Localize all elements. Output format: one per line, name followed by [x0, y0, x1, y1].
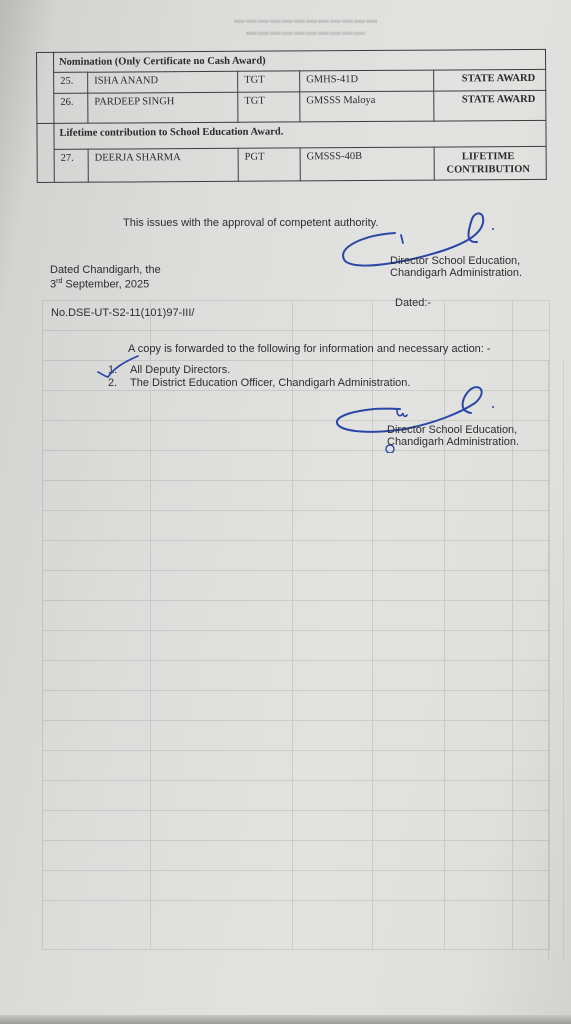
- dated-place: Dated Chandigarh, the: [50, 264, 161, 276]
- award-category: LIFETIME CONTRIBUTION: [434, 146, 546, 180]
- page-edge-shadow: [548, 360, 564, 960]
- blank-cell: [37, 123, 54, 182]
- signatory-office: Chandigarh Administration.: [387, 436, 519, 448]
- section-header-lifetime: Lifetime contribution to School Educatio…: [37, 120, 546, 149]
- signatory-title: Director School Education,: [387, 424, 517, 436]
- recipient-number: 2.: [108, 377, 130, 389]
- serial-number: 27.: [54, 149, 88, 182]
- document-page: ▬▬▬▬▬▬▬▬▬▬▬▬▬▬▬▬▬▬▬▬▬▬ Nomination (Onl: [0, 0, 571, 1024]
- forward-statement: A copy is forwarded to the following for…: [128, 343, 491, 355]
- reference-number: No.DSE-UT-S2-11(101)97-III/: [51, 307, 194, 319]
- dated-date: 3rd September, 2025: [50, 278, 149, 291]
- recipient-item: 2.The District Education Officer, Chandi…: [108, 377, 410, 389]
- serial-number: 26.: [54, 93, 88, 123]
- table-row: 27. DEERJA SHARMA PGT GMSSS-40B LIFETIME…: [37, 146, 546, 182]
- date-month-year: September, 2025: [62, 279, 149, 291]
- approval-statement: This issues with the approval of compete…: [123, 217, 378, 229]
- signatory-title: Director School Education,: [390, 255, 520, 267]
- designation: PGT: [238, 148, 300, 181]
- school: GMSSS Maloya: [300, 91, 434, 122]
- award-category: STATE AWARD: [434, 69, 546, 91]
- award-line-1: LIFETIME: [462, 151, 515, 162]
- reverse-side-table-bleed: [42, 300, 550, 950]
- recipient-number: 1.: [108, 364, 130, 376]
- section-title: Lifetime contribution to School Educatio…: [54, 120, 546, 149]
- teacher-name: PARDEEP SINGH: [88, 92, 238, 123]
- page-bottom-edge: [0, 1015, 571, 1024]
- serial-number: 25.: [54, 72, 88, 93]
- award-category: STATE AWARD: [434, 90, 546, 121]
- reverse-side-bleed-heading: ▬▬▬▬▬▬▬▬▬▬▬▬▬▬▬▬▬▬▬▬▬▬: [160, 14, 450, 38]
- teacher-name: DEERJA SHARMA: [88, 148, 238, 182]
- award-table: Nomination (Only Certificate no Cash Awa…: [36, 49, 547, 183]
- recipient-item: 1.All Deputy Directors.: [108, 364, 230, 376]
- blank-cell: [37, 52, 54, 123]
- school: GMHS-41D: [300, 70, 434, 92]
- designation: TGT: [238, 71, 300, 92]
- dated-field: Dated:-: [395, 297, 431, 309]
- designation: TGT: [238, 92, 300, 122]
- school: GMSSS-40B: [300, 147, 434, 181]
- table-row: 26. PARDEEP SINGH TGT GMSSS Maloya STATE…: [37, 90, 546, 123]
- recipient-text: All Deputy Directors.: [130, 364, 230, 376]
- award-line-2: CONTRIBUTION: [446, 164, 530, 176]
- recipient-text: The District Education Officer, Chandiga…: [130, 377, 410, 389]
- signatory-office: Chandigarh Administration.: [390, 267, 522, 279]
- teacher-name: ISHA ANAND: [88, 71, 238, 93]
